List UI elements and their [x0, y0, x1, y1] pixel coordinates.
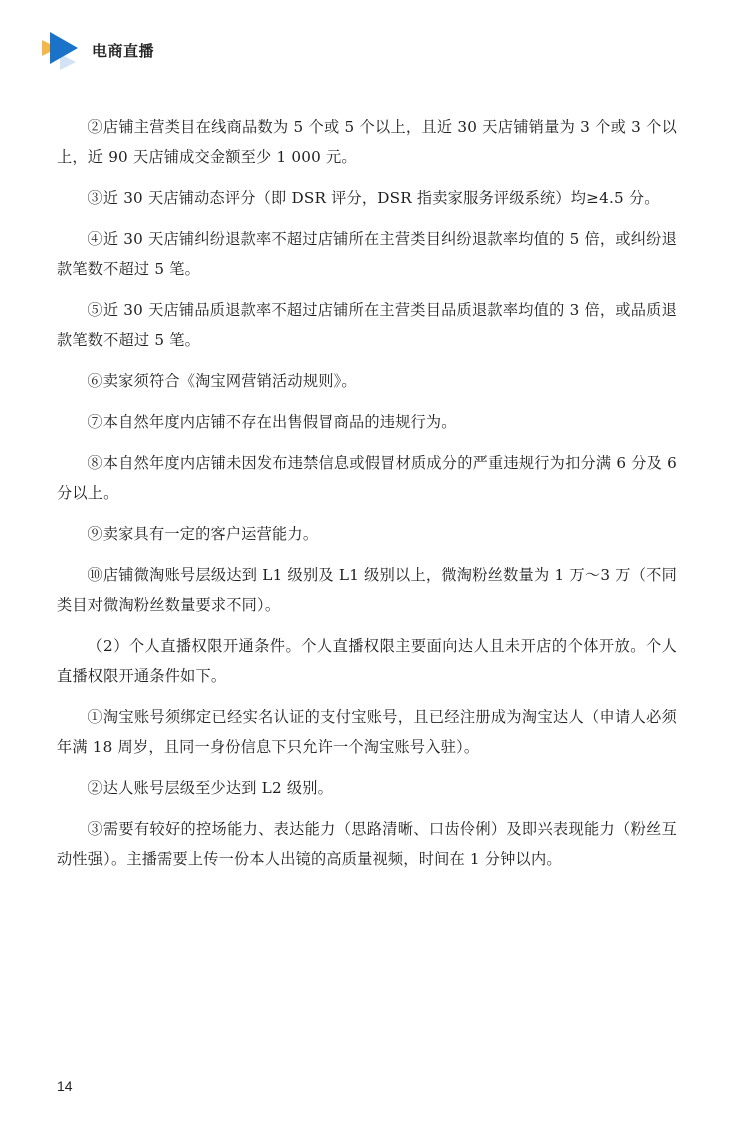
- paragraph-condition-5: ⑤近 30 天店铺品质退款率不超过店铺所在主营类目品质退款率均值的 3 倍，或品…: [57, 295, 677, 355]
- paragraph-condition-10: ⑩店铺微淘账号层级达到 L1 级别及 L1 级别以上，微淘粉丝数量为 1 万～3…: [57, 560, 677, 620]
- page-body: ②店铺主营类目在线商品数为 5 个或 5 个以上，且近 30 天店铺销量为 3 …: [57, 112, 677, 885]
- paragraph-personal-condition-3: ③需要有较好的控场能力、表达能力（思路清晰、口齿伶俐）及即兴表现能力（粉丝互动性…: [57, 814, 677, 874]
- page-number: 14: [57, 1078, 73, 1094]
- paragraph-condition-6: ⑥卖家须符合《淘宝网营销活动规则》。: [57, 366, 677, 396]
- book-title: 电商直播: [92, 40, 154, 61]
- paragraph-condition-3: ③近 30 天店铺动态评分（即 DSR 评分，DSR 指卖家服务评级系统）均≥4…: [57, 183, 677, 213]
- page-header: 电商直播: [40, 30, 154, 70]
- paragraph-personal-condition-1: ①淘宝账号须绑定已经实名认证的支付宝账号，且已经注册成为淘宝达人（申请人必须年满…: [57, 702, 677, 762]
- paragraph-personal-condition-2: ②达人账号层级至少达到 L2 级别。: [57, 773, 677, 803]
- paragraph-condition-7: ⑦本自然年度内店铺不存在出售假冒商品的违规行为。: [57, 407, 677, 437]
- play-arrow-logo-icon: [40, 30, 80, 70]
- paragraph-condition-2: ②店铺主营类目在线商品数为 5 个或 5 个以上，且近 30 天店铺销量为 3 …: [57, 112, 677, 172]
- paragraph-condition-4: ④近 30 天店铺纠纷退款率不超过店铺所在主营类目纠纷退款率均值的 5 倍，或纠…: [57, 224, 677, 284]
- paragraph-condition-9: ⑨卖家具有一定的客户运营能力。: [57, 519, 677, 549]
- paragraph-condition-8: ⑧本自然年度内店铺未因发布违禁信息或假冒材质成分的严重违规行为扣分满 6 分及 …: [57, 448, 677, 508]
- paragraph-section-personal-live: （2）个人直播权限开通条件。个人直播权限主要面向达人且未开店的个体开放。个人直播…: [57, 631, 677, 691]
